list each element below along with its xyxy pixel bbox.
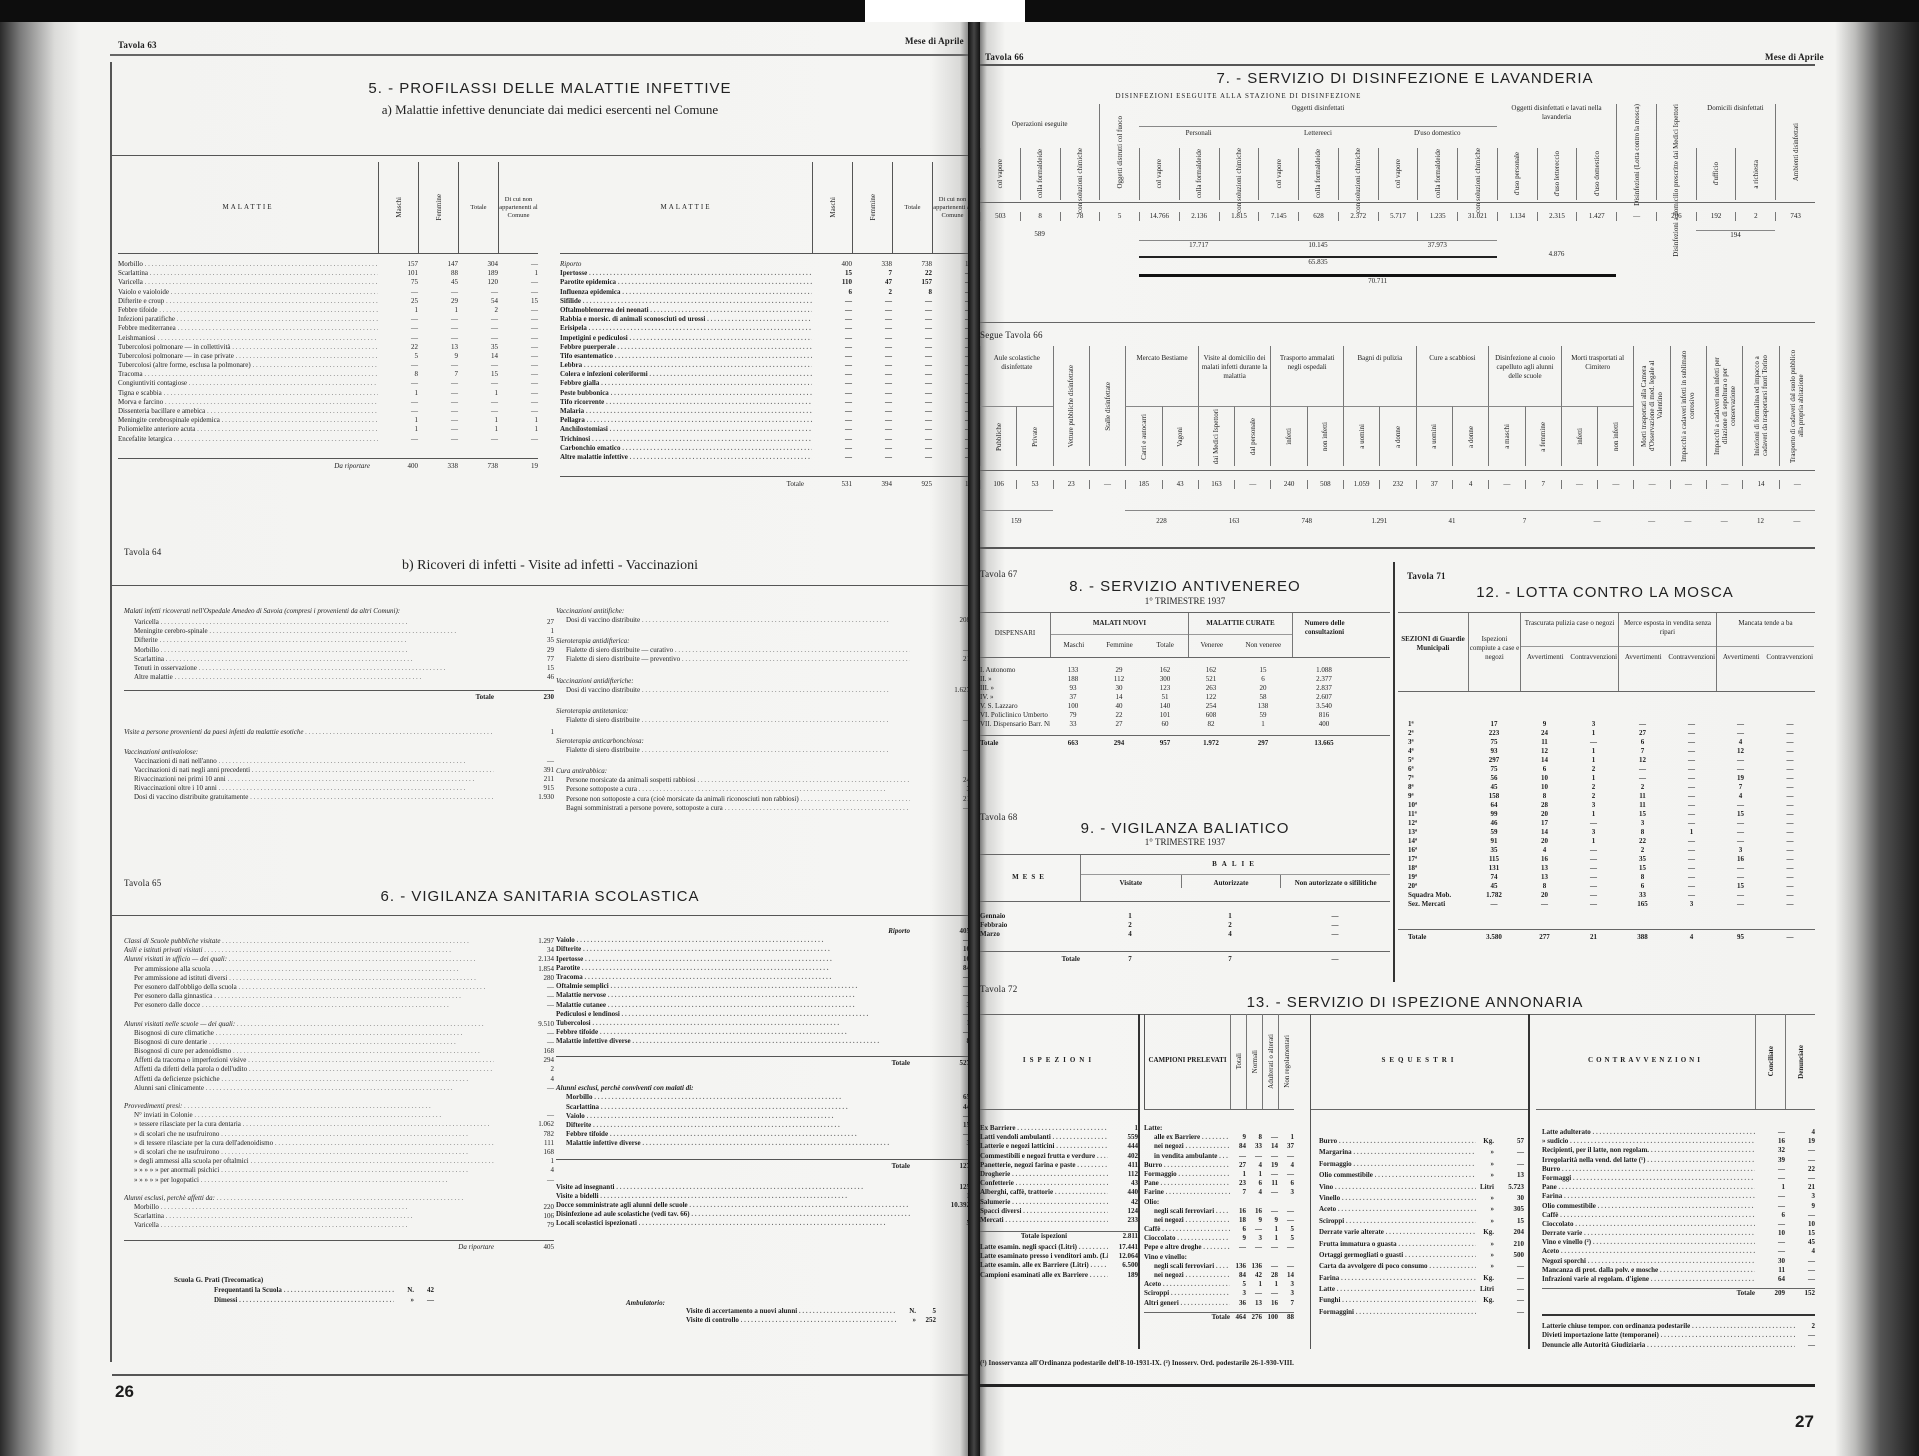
row-value: 36 (1230, 1299, 1246, 1308)
row-value: — (458, 435, 498, 444)
group-total: — (1670, 510, 1706, 526)
column-label: a richiesta (1752, 160, 1760, 189)
row-value: N. (896, 1307, 916, 1316)
table-row: Latte esamin. negli spacci (Litri)17.441 (980, 1243, 1138, 1252)
row-value: 34 (494, 946, 554, 955)
column-header: Normali (1246, 1014, 1262, 1109)
row-label: Totale (980, 739, 1050, 748)
cell-value: — (1716, 891, 1765, 900)
book-spread: Tavola 63 Mese di Aprile 5. - PROFILASSI… (0, 0, 1919, 1456)
row-label: Sciroppi (1319, 1216, 1476, 1227)
row-label: nei negozi (1144, 1271, 1230, 1280)
column-label: Femmine (435, 194, 443, 220)
table-row: Frutta immatura o guasta»210 (1319, 1239, 1524, 1250)
column-header: a uomini (1343, 406, 1379, 466)
cell-value: 4 (1520, 846, 1569, 855)
row-label: Infezioni paratifiche (118, 315, 378, 324)
group-header: Trasporto ammalati negli ospedali (1270, 346, 1343, 406)
cell-value: 7 (1180, 955, 1280, 964)
cell-value: — (1468, 900, 1520, 909)
table-row: Influenza epidemica628— (560, 288, 972, 297)
cell-value: — (1765, 900, 1815, 909)
row-value: — (494, 1176, 554, 1185)
cell-value: 240 (1270, 480, 1306, 489)
row-value: — (1230, 1152, 1246, 1161)
row-value: — (852, 444, 892, 453)
column-label: Disinfezioni a domicilio prescritte dai … (1672, 104, 1680, 257)
table-row: » di tessere rilasciate per la cura dell… (124, 1139, 554, 1148)
table-row: Tubercolosi1 (556, 1019, 970, 1028)
cell-value: — (1765, 783, 1815, 792)
row-value: » (1476, 1170, 1494, 1181)
table-row: Parotite84 (556, 964, 970, 973)
row-label: Recipienti, per il latte, non regolam. (1542, 1146, 1755, 1155)
section5b-title: b) Ricoveri di infetti - Visite ad infet… (300, 558, 800, 574)
table-row: Ortaggi germogliati o guasti»500 (1319, 1250, 1524, 1261)
column-header: col vapore (1139, 148, 1179, 200)
row-value: 1 (1278, 1133, 1294, 1142)
group-title: Sieroterapia antidifterica: (556, 637, 970, 646)
row-value: 152 (1785, 1289, 1815, 1300)
table-row: Dosi di vaccino distribuite208 (556, 616, 970, 625)
column-header: a richiesta (1735, 148, 1775, 200)
table-row: Leishmaniosi———— (118, 334, 538, 343)
group-total: 159 (980, 510, 1053, 526)
cell-value: 2 (1735, 212, 1775, 221)
row-value: 294 (494, 1056, 554, 1065)
row-value: » (1476, 1204, 1494, 1215)
page-frame-left (110, 62, 112, 1362)
row-value: 39 (1755, 1156, 1785, 1165)
cell-value: 7 (1618, 747, 1667, 756)
row-value: 19 (498, 462, 538, 472)
row-label: Meningite cerebrospinale epidemica (118, 416, 378, 425)
table-row: Trichinosi———— (560, 435, 972, 444)
row-value: 125 (910, 1183, 970, 1192)
table-row: Formaggini— (1319, 1307, 1524, 1318)
row-label: Morbillo (118, 260, 378, 269)
cell-value: 223 (1468, 729, 1520, 738)
row-label: Parotite (556, 964, 910, 973)
table-row: Confetterie43 (980, 1179, 1138, 1188)
table-row: Bisognosi di cure dentarie— (124, 1038, 554, 1047)
row-label: Aceto (1542, 1247, 1755, 1256)
bottom-rule (980, 547, 1815, 549)
row-label: Commestibili e negozi frutta e verdure (980, 1152, 1108, 1161)
group-header: Bagni di pulizia (1343, 346, 1416, 406)
row-label: Latte esaminato presso i venditori amb. … (980, 1252, 1108, 1261)
table-header: DISPENSARIMALATI NUOVIMaschiFemmineTotal… (980, 612, 1390, 658)
row-label: Vaiolo (556, 1112, 910, 1121)
total-row: Totale46427610088 (1144, 1312, 1294, 1324)
column-label: a uomini (1430, 424, 1438, 449)
row-value: 391 (494, 766, 554, 775)
cell-value: 1 (1569, 837, 1618, 846)
table-row: FarinaKg.— (1319, 1273, 1524, 1284)
row-value: — (494, 1038, 554, 1047)
row-label: Irregolarità nella vend. del latte (¹) (1542, 1156, 1755, 1165)
row-value: 464 (1230, 1313, 1246, 1324)
table-row: VinoLitri5.723 (1319, 1182, 1524, 1193)
table-row: Campioni esaminati alle ex Barriere189 (980, 1271, 1138, 1280)
cell-value: 743 (1775, 212, 1815, 221)
row-label: Caffè (1542, 1211, 1755, 1220)
row-value: — (418, 315, 458, 324)
row-value: 15 (494, 664, 554, 673)
divider-vertical (1393, 562, 1395, 982)
row-value: — (892, 297, 932, 306)
column-header: ISPEZIONI (980, 1014, 1138, 1110)
cell-value: — (1765, 738, 1815, 747)
row-label: Tenuti in osservazione (124, 664, 494, 673)
column-label: a femmine (1539, 422, 1547, 452)
table-row: Sciroppi3——3 (1144, 1289, 1294, 1298)
scan-top-border (0, 0, 1919, 24)
row-value: — (932, 416, 972, 425)
cell-value: 5 (1099, 212, 1139, 221)
row-value: — (418, 379, 458, 388)
row-value: — (892, 343, 932, 352)
column-label: a donne (1467, 426, 1475, 448)
row-value: — (1755, 1192, 1785, 1201)
cell-value: — (1716, 900, 1765, 909)
row-label: Fialette di siero distribuite — curativo (556, 646, 910, 655)
spacer (556, 1173, 970, 1183)
header-rule (110, 54, 970, 56)
table-row: Tracoma— (556, 973, 970, 982)
table-row: » sudicio1619 (1542, 1137, 1815, 1146)
row-label: Erisipela (560, 324, 812, 333)
cell-value: 131 (1468, 864, 1520, 873)
row-value: — (910, 973, 970, 982)
cell-value: 101 (1142, 711, 1188, 720)
cell-value: — (1667, 891, 1716, 900)
cell-value: — (1765, 756, 1815, 765)
row-value: 405 (910, 927, 970, 936)
row-label: Da riportare (118, 462, 378, 472)
row-value: — (498, 306, 538, 315)
row-value: 13 (418, 343, 458, 352)
row-value: 500 (1494, 1250, 1524, 1261)
row-label: 3ª (1398, 738, 1468, 747)
column-header: Denunciate (1785, 1014, 1815, 1109)
object-group-total: 10.145 (1258, 240, 1377, 250)
cell-value: 1.134 (1497, 212, 1537, 221)
table-row: Farina—3 (1542, 1192, 1815, 1201)
table-row: Malaria———— (560, 407, 972, 416)
row-value: 8 (892, 288, 932, 297)
row-value: 22 (1785, 1165, 1815, 1174)
table-row: Lebbra———— (560, 361, 972, 370)
table-row: Febbre tifoide112— (118, 306, 538, 315)
row-value: — (932, 288, 972, 297)
group-total: 163 (1198, 510, 1271, 526)
cell-value: 3 (1618, 819, 1667, 828)
row-value: 2 (852, 288, 892, 297)
row-value: » (394, 1296, 414, 1305)
row-label: Mercati (980, 1216, 1108, 1225)
row-label: Per esonero dalle docce (124, 1001, 494, 1010)
section6-right: Riporto405Vaiolo—Difterite16Ipertosse16P… (556, 927, 970, 1325)
row-value: 230 (494, 693, 554, 702)
row-label: Bisognosi di cure per adenoidismo (124, 1047, 494, 1056)
row-label: Morbillo (124, 1203, 494, 1212)
table-row: Scarlattina77 (124, 655, 554, 664)
cell-value: 2.315 (1537, 212, 1577, 221)
row-value: 22 (892, 269, 932, 278)
cell-value: 4 (1667, 933, 1716, 942)
table-row: Fialette di siero distribuite — preventi… (556, 655, 970, 664)
table-row: Alunni esclusi, perchè affetti da: (124, 1194, 554, 1203)
row-value: — (812, 306, 852, 315)
row-value: 1 (910, 1192, 970, 1201)
table-row: Altre malattie infettive———— (560, 453, 972, 462)
cell-value: — (1765, 837, 1815, 846)
row-value: — (892, 425, 932, 434)
table-row: 20ª458—6—15— (1398, 882, 1815, 891)
group-title: Vaccinazioni antitifiche: (556, 607, 970, 616)
row-value: 30 (1755, 1257, 1785, 1266)
column-label: Totale (470, 204, 486, 212)
cell-value: 100 (1050, 702, 1096, 711)
table-row: Scarlattina106 (124, 1212, 554, 1221)
cell-value: — (1667, 738, 1716, 747)
section13-title: 13. - SERVIZIO DI ISPEZIONE ANNONARIA (1205, 994, 1625, 1011)
row-label: N° inviati in Colonie (124, 1111, 494, 1120)
row-label: Visite a persone provenienti da paesi in… (124, 728, 494, 737)
cell-value: 508 (1307, 480, 1343, 489)
row-value: 2 (494, 1065, 554, 1074)
cell-value: 46 (1468, 819, 1520, 828)
inspections-block: ISPEZIONIEx Barriere1Latti vendoli ambul… (980, 1014, 1140, 1349)
row-value: 47 (852, 278, 892, 287)
row-value: — (852, 453, 892, 462)
row-value: 168 (494, 1148, 554, 1157)
row-value: 5 (1278, 1234, 1294, 1243)
row-value: — (1494, 1284, 1524, 1295)
cell-value: — (1569, 846, 1618, 855)
row-value: 27 (494, 618, 554, 627)
section9-title: 9. - VIGILANZA BALIATICO (1035, 820, 1335, 837)
row-label: Pediculosi e lendinosi (556, 1010, 910, 1019)
table-row: Burro274194 (1144, 1161, 1294, 1170)
total-row: Da riportare40033873819 (118, 458, 538, 472)
row-value: — (1278, 1170, 1294, 1179)
cell-value: 521 (1188, 675, 1234, 684)
row-label: Febbre tifoide (118, 306, 378, 315)
cell-value: 663 (1050, 739, 1096, 748)
inspections-body: Ex Barriere1Latti vendoli ambulanti559La… (980, 1110, 1138, 1280)
table-row: Olio: (1144, 1198, 1294, 1207)
row-value: 157 (892, 278, 932, 287)
cell-value: 1.235 (1417, 212, 1457, 221)
row-value: » (1476, 1159, 1494, 1170)
cell-value: — (1569, 738, 1618, 747)
row-value: Litri (1476, 1284, 1494, 1295)
column-label: Maschi (395, 197, 403, 218)
column-header: Iniezioni di formalina ed impacco a cada… (1742, 346, 1778, 466)
cell-value: 75 (1468, 765, 1520, 774)
row-value: — (1755, 1128, 1785, 1137)
row-value: 8 (378, 370, 418, 379)
row-value: — (892, 315, 932, 324)
cell-value: 1 (1569, 774, 1618, 783)
column-label: a maschi (1503, 424, 1511, 449)
row-value: 35 (458, 343, 498, 352)
divider (112, 155, 972, 156)
table-row: Commestibili e negozi frutta e verdure40… (980, 1152, 1138, 1161)
row-value: — (910, 1130, 970, 1139)
column-label: Pubbliche (995, 423, 1003, 451)
row-label: Formaggio (1144, 1170, 1230, 1179)
table-row: Morbillo29 (124, 646, 554, 655)
cell-value: 23 (1053, 480, 1089, 489)
row-label: 18ª (1398, 864, 1468, 873)
row-label: Altre malattie infettive (560, 453, 812, 462)
row-value: — (458, 324, 498, 333)
row-label: Visite ad insegnanti (556, 1183, 910, 1192)
table-row: Infezioni paratifiche———— (118, 315, 538, 324)
row-value: — (378, 379, 418, 388)
table-row: Meningite cerebrospinale epidemica1—11 (118, 416, 538, 425)
table-row: Persone non sottoposte a cura (cioè mors… (556, 795, 970, 804)
cell-value: 74 (1468, 873, 1520, 882)
table-row: Salumerie42 (980, 1198, 1138, 1207)
table-row: Mercati233 (980, 1216, 1138, 1225)
row-label: 7ª (1398, 774, 1468, 783)
row-value: — (910, 646, 970, 655)
cell-value: — (1765, 801, 1815, 810)
table-row: Malattie infettive diverse3 (556, 1139, 970, 1148)
column-header: Adulterati o alterati (1262, 1014, 1278, 1109)
row-value: — (932, 389, 972, 398)
row-label: II. » (980, 675, 1050, 684)
row-label: Vaiolo (556, 936, 910, 945)
cell-value: — (1765, 819, 1815, 828)
row-label: Asili e istituti privati visitati (124, 946, 494, 955)
row-label: Febbre puerperale (560, 343, 812, 352)
table-row: Tifo esantematico———— (560, 352, 972, 361)
table-row: 3ª7511—6—4— (1398, 738, 1815, 747)
row-value: — (1785, 1174, 1815, 1183)
row-value: 127 (910, 1162, 970, 1173)
row-value: 1 (378, 416, 418, 425)
row-label: Totale (124, 693, 494, 702)
column-header: Non autorizzate o sifilitiche (1280, 875, 1390, 888)
row-value: — (812, 407, 852, 416)
contraventions-header: CONTRAVVENZIONIConciliateDenunciate (1536, 1014, 1815, 1110)
cell-value: 35 (1468, 846, 1520, 855)
table-row: Latte esamin. alle ex Barriere (Litri)6.… (980, 1261, 1138, 1270)
group-total: — (1561, 510, 1634, 526)
cell-value: 1 (1080, 912, 1180, 921)
row-label: Persone sottoposte a cura (556, 785, 910, 794)
table-row: Panetterie, negozi farina e paste411 (980, 1161, 1138, 1170)
column-header: Femmine (418, 162, 458, 254)
cell-value: 1.815 (1219, 212, 1259, 221)
row-value: — (378, 407, 418, 416)
row-label: Peste bubbonica (560, 389, 812, 398)
row-label: Febbraio (980, 921, 1080, 930)
row-label: Scarlattina (556, 1103, 910, 1112)
row-value: 24 (910, 776, 970, 785)
row-label: » sudicio (1542, 1137, 1755, 1146)
row-label: Malattie infettive diverse (556, 1037, 910, 1046)
row-value: 12.064 (1108, 1252, 1138, 1261)
row-value: — (458, 315, 498, 324)
cell-value: 15 (1234, 666, 1292, 675)
row-value: — (494, 1029, 554, 1038)
left-page: Tavola 63 Mese di Aprile 5. - PROFILASSI… (0, 22, 975, 1456)
group-header: BALIE (1081, 855, 1390, 875)
cell-value: 816 (1292, 711, 1356, 720)
row-label: Campioni esaminati alle ex Barriere (980, 1271, 1108, 1280)
cell-value: 628 (1298, 212, 1338, 221)
table-row: Morbillo220 (124, 1203, 554, 1212)
row-value: — (892, 334, 932, 343)
row-value: 17.441 (1108, 1243, 1138, 1252)
row-value: — (1494, 1295, 1524, 1306)
row-value: 4 (494, 1166, 554, 1175)
book-gutter (968, 22, 980, 1456)
row-value: — (852, 334, 892, 343)
column-header: SEQUESTRI (1311, 1014, 1528, 1110)
row-value: — (378, 361, 418, 370)
row-value: — (1785, 1275, 1815, 1284)
row-label: IV. » (980, 693, 1050, 702)
row-label: » » » » » per anormali psichici (124, 1166, 494, 1175)
group-header: Aule scolastiche disinfettate (980, 346, 1053, 406)
row-value: 738 (892, 260, 932, 269)
row-value: — (910, 716, 970, 725)
row-value: 9 (418, 352, 458, 361)
row-value: — (498, 435, 538, 444)
row-label: Altre malattie (124, 673, 494, 682)
cell-value: 16 (1520, 855, 1569, 864)
table-row: Asili e istituti privati visitati34 (124, 946, 554, 955)
row-value: 208 (910, 616, 970, 625)
column-label: col vapore (996, 159, 1004, 188)
cell-value: 17 (1468, 720, 1520, 729)
row-value: 29 (494, 646, 554, 655)
page-number-left: 26 (115, 1382, 134, 1402)
row-value: 16 (1755, 1137, 1785, 1146)
row-value: 738 (458, 462, 498, 472)
row-value: 16 (1262, 1299, 1278, 1308)
cell-value: 297 (1234, 739, 1292, 748)
row-value: 11 (1755, 1266, 1785, 1275)
table-row: Per esonero dalla ginnastica— (124, 992, 554, 1001)
row-value: 304 (458, 260, 498, 269)
table-row: Marzo44— (980, 930, 1390, 939)
row-label: Salumerie (980, 1198, 1108, 1207)
column-header: d'uso domestico (1576, 148, 1616, 200)
row-value: — (932, 370, 972, 379)
row-value: — (1755, 1165, 1785, 1174)
section8-table: DISPENSARIMALATI NUOVIMaschiFemmineTotal… (980, 612, 1390, 812)
row-value: 1 (1755, 1183, 1785, 1192)
table-row: Alunni visitati nelle scuole — dei quali… (124, 1020, 554, 1029)
cell-value: 45 (1468, 882, 1520, 891)
row-label: » » » » » per logopatici (124, 1176, 494, 1185)
row-value: — (1494, 1159, 1524, 1170)
row-label: Alunni esclusi, perchè affetti da: (124, 1194, 494, 1203)
table-row: Oftalmoblenorrea dei neonati———— (560, 306, 972, 315)
row-value: — (1755, 1202, 1785, 1211)
table-label-63: Tavola 63 (118, 40, 157, 50)
row-value: 46 (494, 673, 554, 682)
row-value: 1 (378, 389, 418, 398)
